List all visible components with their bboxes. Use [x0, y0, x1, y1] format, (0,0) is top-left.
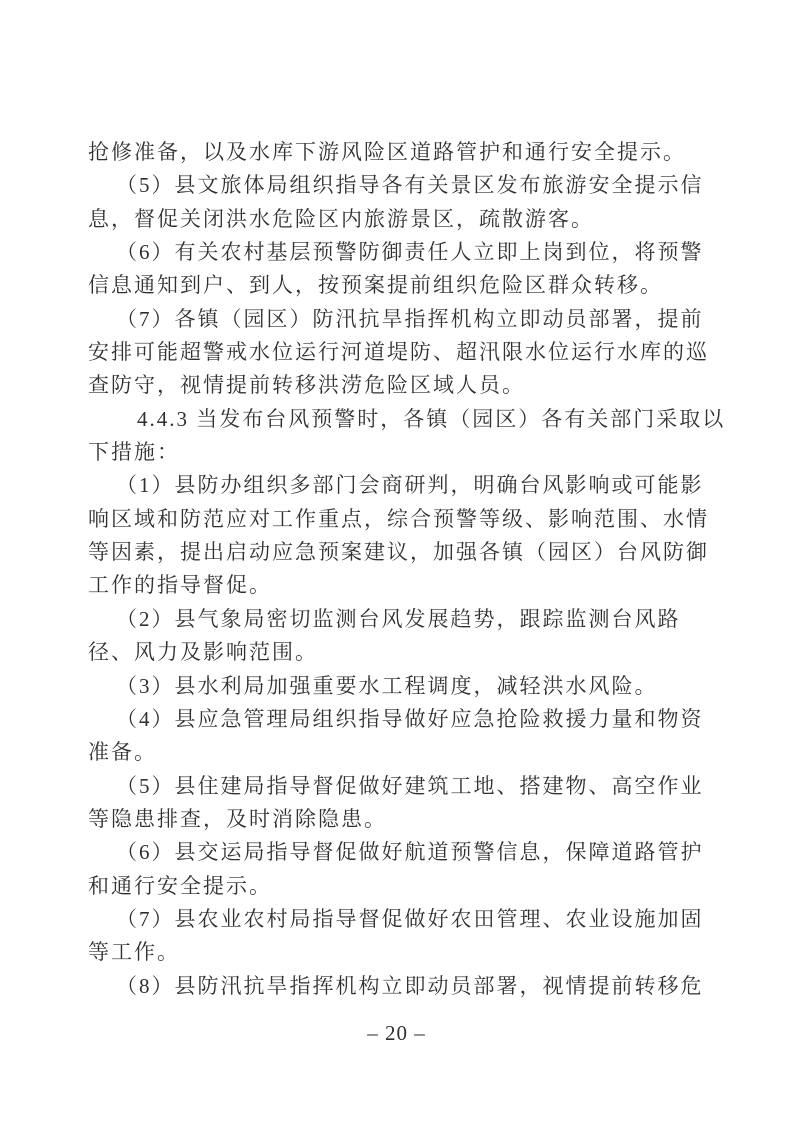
text-line: 和通行安全提示。 — [88, 870, 733, 903]
text-line: （5）县文旅体局组织指导各有关景区发布旅游安全提示信 — [88, 169, 733, 202]
page-footer: – 20 – — [0, 1022, 793, 1044]
text-line: 等隐患排查，及时消除隐患。 — [88, 803, 733, 836]
text-line: （8）县防汛抗旱指挥机构立即动员部署，视情提前转移危 — [88, 970, 733, 1003]
text-line: （1）县防办组织多部门会商研判，明确台风影响或可能影 — [88, 469, 733, 502]
document-page: 抢修准备，以及水库下游风险区道路管护和通行安全提示。（5）县文旅体局组织指导各有… — [0, 0, 793, 1122]
text-line: （6）有关农村基层预警防御责任人立即上岗到位，将预警 — [88, 236, 733, 269]
text-line: 安排可能超警戒水位运行河道堤防、超汛限水位运行水库的巡 — [88, 336, 733, 369]
text-line: （7）县农业农村局指导督促做好农田管理、农业设施加固 — [88, 903, 733, 936]
text-line: （6）县交运局指导督促做好航道预警信息，保障道路管护 — [88, 836, 733, 869]
text-line: 信息通知到户、到人，按预案提前组织危险区群众转移。 — [88, 269, 733, 302]
text-line: 等工作。 — [88, 936, 733, 969]
paragraph: （6）有关农村基层预警防御责任人立即上岗到位，将预警信息通知到户、到人，按预案提… — [88, 236, 733, 303]
text-line: （3）县水利局加强重要水工程调度，减轻洪水风险。 — [88, 670, 733, 703]
text-line: 准备。 — [88, 736, 733, 769]
paragraph: （4）县应急管理局组织指导做好应急抢险救援力量和物资准备。 — [88, 703, 733, 770]
text-line: （5）县住建局指导督促做好建筑工地、搭建物、高空作业 — [88, 770, 733, 803]
paragraph: （7）各镇（园区）防汛抗旱指挥机构立即动员部署，提前安排可能超警戒水位运行河道堤… — [88, 303, 733, 403]
paragraph: （8）县防汛抗旱指挥机构立即动员部署，视情提前转移危 — [88, 970, 733, 1003]
paragraph: （5）县文旅体局组织指导各有关景区发布旅游安全提示信息，督促关闭洪水危险区内旅游… — [88, 169, 733, 236]
document-body: 抢修准备，以及水库下游风险区道路管护和通行安全提示。（5）县文旅体局组织指导各有… — [88, 136, 733, 1003]
paragraph: （3）县水利局加强重要水工程调度，减轻洪水风险。 — [88, 670, 733, 703]
text-line: 等因素，提出启动应急预案建议，加强各镇（园区）台风防御 — [88, 536, 733, 569]
paragraph: （7）县农业农村局指导督促做好农田管理、农业设施加固等工作。 — [88, 903, 733, 970]
paragraph: （5）县住建局指导督促做好建筑工地、搭建物、高空作业等隐患排查，及时消除隐患。 — [88, 770, 733, 837]
text-line: 工作的指导督促。 — [88, 569, 733, 602]
text-line: 息，督促关闭洪水危险区内旅游景区，疏散游客。 — [88, 203, 733, 236]
paragraph: （2）县气象局密切监测台风发展趋势，跟踪监测台风路径、风力及影响范围。 — [88, 603, 733, 670]
text-line: 4.4.3 当发布台风预警时，各镇（园区）各有关部门采取以 — [88, 403, 733, 436]
text-line: 径、风力及影响范围。 — [88, 636, 733, 669]
text-line: （7）各镇（园区）防汛抗旱指挥机构立即动员部署，提前 — [88, 303, 733, 336]
paragraph: 抢修准备，以及水库下游风险区道路管护和通行安全提示。 — [88, 136, 733, 169]
text-line: 查防守，视情提前转移洪涝危险区域人员。 — [88, 369, 733, 402]
page-number: – 20 – — [367, 1021, 426, 1045]
text-line: （2）县气象局密切监测台风发展趋势，跟踪监测台风路 — [88, 603, 733, 636]
section-heading: 4.4.3 当发布台风预警时，各镇（园区）各有关部门采取以下措施： — [88, 403, 733, 470]
paragraph: （1）县防办组织多部门会商研判，明确台风影响或可能影响区域和防范应对工作重点，综… — [88, 469, 733, 602]
text-line: 抢修准备，以及水库下游风险区道路管护和通行安全提示。 — [88, 136, 733, 169]
text-line: 响区域和防范应对工作重点，综合预警等级、影响范围、水情 — [88, 503, 733, 536]
text-line: 下措施： — [88, 436, 733, 469]
text-line: （4）县应急管理局组织指导做好应急抢险救援力量和物资 — [88, 703, 733, 736]
paragraph: （6）县交运局指导督促做好航道预警信息，保障道路管护和通行安全提示。 — [88, 836, 733, 903]
